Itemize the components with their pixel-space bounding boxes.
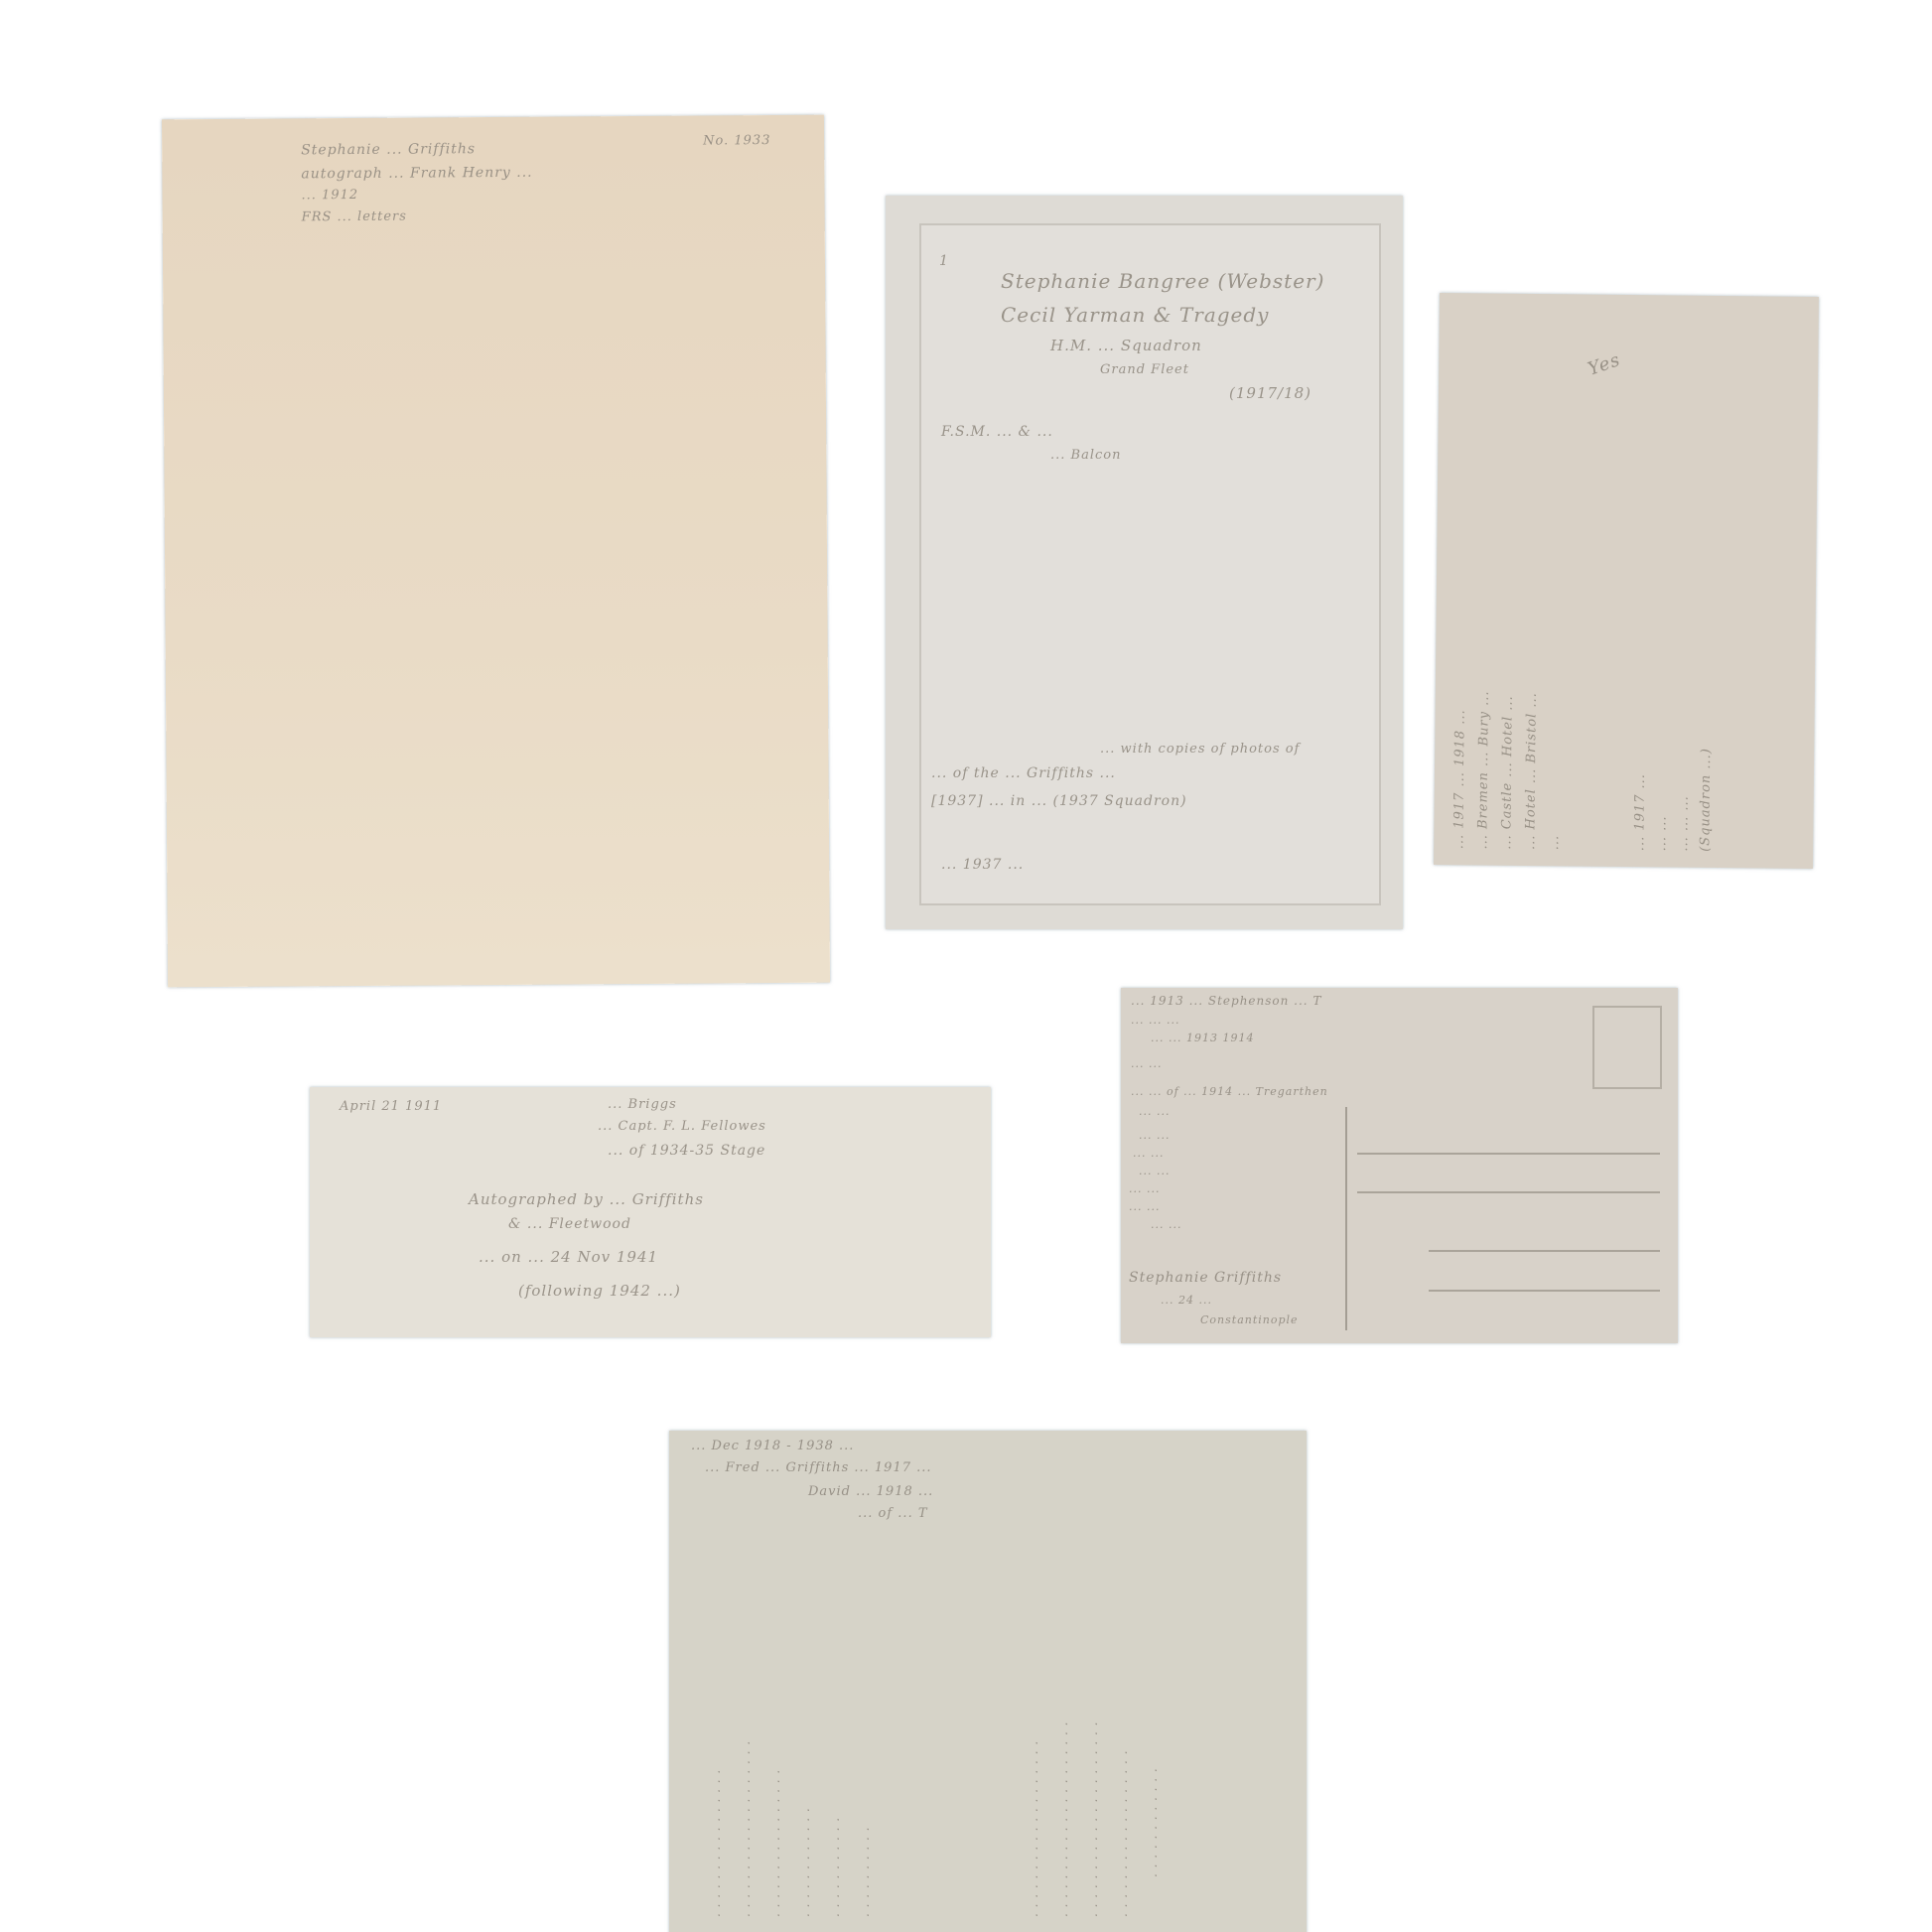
handwritten-line: Stephanie ... Griffiths <box>301 141 476 158</box>
rotated-line: . . . . . . . . . . . . . . . . <box>768 1769 782 1917</box>
address-line <box>1357 1153 1660 1155</box>
address-line <box>1357 1191 1660 1193</box>
handwritten-line: ... with copies of photos of <box>1100 742 1300 757</box>
rotated-line: . . . . . . . . . . . . . . . . . . . . … <box>1086 1722 1100 1917</box>
handwritten-line: Constantinople <box>1200 1313 1299 1326</box>
handwritten-line: ... ... <box>1131 1057 1162 1070</box>
handwritten-line: Cecil Yarman & Tragedy <box>1001 303 1269 327</box>
vertical-note-card: Yes ... 1917 ... 1918 ... ... Bremen ...… <box>1434 293 1819 869</box>
page-mark: 1 <box>939 253 949 269</box>
mounted-card: 1 Stephanie Bangree (Webster) Cecil Yarm… <box>886 196 1403 929</box>
handwritten-line: Grand Fleet <box>1100 362 1189 377</box>
postcard-divider <box>1345 1107 1347 1330</box>
handwritten-line: ... 24 ... <box>1161 1294 1212 1307</box>
handwritten-line: [1937] ... in ... (1937 Squadron) <box>931 793 1187 809</box>
handwritten-line: ... ... <box>1129 1200 1160 1213</box>
handwritten-line: ... 1913 ... Stephenson ... T <box>1131 994 1321 1008</box>
rotated-line: . . . . . . . . . . . . <box>798 1807 812 1917</box>
handwritten-line: Autographed by ... Griffiths <box>469 1190 704 1208</box>
rotated-line: . . . . . . . . . . <box>858 1827 872 1917</box>
handwritten-title: Stephanie Bangree (Webster) <box>1001 269 1324 293</box>
handwritten-line: ... of the ... Griffiths ... <box>931 765 1116 781</box>
handwritten-line: ... ... <box>1139 1129 1170 1142</box>
rotated-line: ... Castle ... Hotel ... <box>1499 695 1516 850</box>
handwritten-line: ... ... ... <box>1131 1014 1179 1027</box>
handwritten-line: (1917/18) <box>1229 384 1311 402</box>
address-line <box>1429 1290 1660 1292</box>
large-note-card: ... Dec 1918 - 1938 ... ... Fred ... Gri… <box>669 1431 1307 1932</box>
handwritten-line: ... 1937 ... <box>941 857 1024 873</box>
rotated-line: ... 1917 ... 1918 ... <box>1451 709 1467 849</box>
rotated-line: . . . . . . . . . . . . <box>1146 1767 1160 1877</box>
stamp-box <box>1592 1006 1662 1089</box>
rotated-line: . . . . . . . . . . . . . . . . . . . <box>1027 1740 1040 1917</box>
rotated-line: . . . . . . . . . . . . . . . . . . . <box>739 1740 753 1917</box>
rotated-line: ... Bremen ... Bury ... <box>1475 690 1492 849</box>
handwritten-line: ... ... of ... 1914 ... Tregarthen <box>1131 1085 1328 1098</box>
handwritten-line: H.M. ... Squadron <box>1050 337 1202 354</box>
handwritten-line: ... ... <box>1139 1165 1170 1177</box>
handwritten-line: ... ... <box>1133 1147 1164 1160</box>
handwritten-line: ... ... <box>1151 1218 1181 1231</box>
rotated-line: ... ... <box>1654 815 1669 851</box>
handwritten-line: & ... Fleetwood <box>508 1216 631 1232</box>
corner-note: No. 1933 <box>703 133 770 148</box>
handwritten-line: ... of ... T <box>858 1506 928 1521</box>
rotated-line: . . . . . . . . . . . . . . . . . . . . … <box>1056 1722 1070 1917</box>
handwritten-line: ... Capt. F. L. Fellowes <box>598 1119 766 1134</box>
handwritten-line: ... on ... 24 Nov 1941 <box>479 1248 658 1266</box>
handwritten-line: FRS ... letters <box>302 209 407 225</box>
corner-note: Yes <box>1586 349 1623 380</box>
handwritten-line: ... ... <box>1139 1105 1170 1118</box>
date-note: April 21 1911 <box>340 1099 442 1114</box>
handwritten-line: ... 1912 <box>301 188 358 203</box>
handwritten-line: David ... 1918 ... <box>808 1484 933 1499</box>
landscape-card: April 21 1911 ... Briggs ... Capt. F. L.… <box>310 1087 991 1337</box>
mount-frame: 1 Stephanie Bangree (Webster) Cecil Yarm… <box>919 223 1381 905</box>
handwritten-line: ... ... 1913 1914 <box>1151 1032 1254 1044</box>
handwritten-line: F.S.M. ... & ... <box>941 424 1053 440</box>
rotated-line: ... 1917 ... <box>1632 773 1648 851</box>
postcard-back: ... 1913 ... Stephenson ... T ... ... ..… <box>1121 988 1678 1343</box>
handwritten-line: ... Fred ... Griffiths ... 1917 ... <box>705 1460 932 1475</box>
rotated-line: (Squadron ...) <box>1698 748 1714 852</box>
address-line <box>1429 1250 1660 1252</box>
handwritten-line: autograph ... Frank Henry ... <box>301 165 532 183</box>
handwritten-line: ... Balcon <box>1050 448 1121 463</box>
rotated-line: ... ... ... <box>1676 795 1692 852</box>
aged-letter-sheet: Stephanie ... Griffiths autograph ... Fr… <box>162 115 830 988</box>
rotated-line: . . . . . . . . . . . . . . . . <box>709 1769 723 1917</box>
rotated-line: . . . . . . . . . . . . . . . . . . <box>1116 1749 1130 1917</box>
handwritten-line: ... Briggs <box>608 1097 677 1112</box>
handwritten-line: ... ... <box>1129 1182 1160 1195</box>
rotated-line: . . . . . . . . . . . <box>828 1817 842 1917</box>
signature: Stephanie Griffiths <box>1129 1270 1282 1286</box>
rotated-line: ... Hotel ... Bristol ... <box>1523 692 1540 850</box>
handwritten-line: (following 1942 ...) <box>518 1282 681 1300</box>
handwritten-line: ... Dec 1918 - 1938 ... <box>691 1439 854 1453</box>
handwritten-line: ... of 1934-35 Stage <box>608 1143 765 1159</box>
rotated-line: ... <box>1547 835 1562 851</box>
